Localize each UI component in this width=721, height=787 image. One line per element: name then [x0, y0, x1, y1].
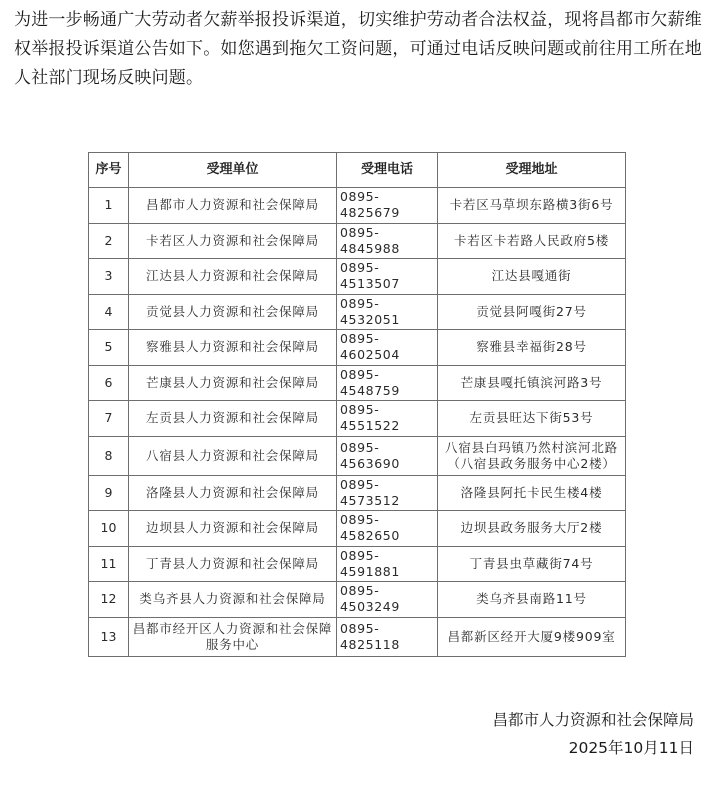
header-unit: 受理单位 [129, 153, 337, 188]
cell-unit: 边坝县人力资源和社会保障局 [129, 511, 337, 547]
cell-address: 卡若区马草坝东路横3街6号 [438, 188, 626, 224]
cell-address: 江达县嘎通街 [438, 259, 626, 295]
cell-unit: 贡觉县人力资源和社会保障局 [129, 294, 337, 330]
complaint-channel-table-container: 序号 受理单位 受理电话 受理地址 1 昌都市人力资源和社会保障局 0895-4… [88, 152, 625, 657]
cell-phone: 0895-4825118 [337, 617, 438, 656]
signature-date: 2025年10月11日 [492, 734, 694, 762]
table-row: 4 贡觉县人力资源和社会保障局 0895-4532051 贡觉县阿嘎街27号 [89, 294, 626, 330]
cell-phone: 0895-4532051 [337, 294, 438, 330]
cell-serial-no: 6 [89, 365, 129, 401]
table-row: 7 左贡县人力资源和社会保障局 0895-4551522 左贡县旺达下街53号 [89, 401, 626, 437]
cell-unit: 察雅县人力资源和社会保障局 [129, 330, 337, 366]
cell-unit: 芒康县人力资源和社会保障局 [129, 365, 337, 401]
cell-address: 贡觉县阿嘎街27号 [438, 294, 626, 330]
header-serial-no: 序号 [89, 153, 129, 188]
cell-serial-no: 9 [89, 475, 129, 511]
cell-unit: 丁青县人力资源和社会保障局 [129, 546, 337, 582]
table-row: 8 八宿县人力资源和社会保障局 0895-4563690 八宿县白玛镇乃然村滨河… [89, 436, 626, 475]
table-row: 9 洛隆县人力资源和社会保障局 0895-4573512 洛隆县阿托卡民生楼4楼 [89, 475, 626, 511]
cell-unit: 昌都市经开区人力资源和社会保障服务中心 [129, 617, 337, 656]
table-row: 3 江达县人力资源和社会保障局 0895-4513507 江达县嘎通街 [89, 259, 626, 295]
cell-address: 芒康县嘎托镇滨河路3号 [438, 365, 626, 401]
header-phone: 受理电话 [337, 153, 438, 188]
cell-address: 卡若区卡若路人民政府5楼 [438, 223, 626, 259]
cell-serial-no: 13 [89, 617, 129, 656]
cell-phone: 0895-4591881 [337, 546, 438, 582]
table-row: 11 丁青县人力资源和社会保障局 0895-4591881 丁青县虫草藏街74号 [89, 546, 626, 582]
cell-unit: 左贡县人力资源和社会保障局 [129, 401, 337, 437]
cell-serial-no: 5 [89, 330, 129, 366]
cell-phone: 0895-4825679 [337, 188, 438, 224]
cell-serial-no: 3 [89, 259, 129, 295]
cell-phone: 0895-4548759 [337, 365, 438, 401]
cell-unit: 江达县人力资源和社会保障局 [129, 259, 337, 295]
cell-unit: 卡若区人力资源和社会保障局 [129, 223, 337, 259]
table-row: 1 昌都市人力资源和社会保障局 0895-4825679 卡若区马草坝东路横3街… [89, 188, 626, 224]
cell-phone: 0895-4513507 [337, 259, 438, 295]
cell-phone: 0895-4563690 [337, 436, 438, 475]
cell-address: 八宿县白玛镇乃然村滨河北路（八宿县政务服务中心2楼） [438, 436, 626, 475]
cell-serial-no: 12 [89, 582, 129, 618]
cell-serial-no: 7 [89, 401, 129, 437]
cell-address: 左贡县旺达下街53号 [438, 401, 626, 437]
cell-address: 类乌齐县南路11号 [438, 582, 626, 618]
cell-address: 昌都新区经开大厦9楼909室 [438, 617, 626, 656]
complaint-channel-table: 序号 受理单位 受理电话 受理地址 1 昌都市人力资源和社会保障局 0895-4… [88, 152, 626, 657]
cell-serial-no: 2 [89, 223, 129, 259]
intro-paragraph: 为进一步畅通广大劳动者欠薪举报投诉渠道，切实维护劳动者合法权益，现将昌都市欠薪维… [14, 6, 710, 93]
cell-phone: 0895-4503249 [337, 582, 438, 618]
cell-unit: 八宿县人力资源和社会保障局 [129, 436, 337, 475]
cell-unit: 洛隆县人力资源和社会保障局 [129, 475, 337, 511]
cell-address: 洛隆县阿托卡民生楼4楼 [438, 475, 626, 511]
cell-phone: 0895-4573512 [337, 475, 438, 511]
signature-block: 昌都市人力资源和社会保障局 2025年10月11日 [492, 706, 694, 762]
cell-phone: 0895-4845988 [337, 223, 438, 259]
header-address: 受理地址 [438, 153, 626, 188]
cell-serial-no: 8 [89, 436, 129, 475]
cell-phone: 0895-4602504 [337, 330, 438, 366]
cell-serial-no: 11 [89, 546, 129, 582]
cell-address: 丁青县虫草藏街74号 [438, 546, 626, 582]
cell-serial-no: 10 [89, 511, 129, 547]
cell-serial-no: 1 [89, 188, 129, 224]
cell-address: 察雅县幸福街28号 [438, 330, 626, 366]
signature-org: 昌都市人力资源和社会保障局 [492, 706, 694, 734]
cell-phone: 0895-4551522 [337, 401, 438, 437]
cell-unit: 类乌齐县人力资源和社会保障局 [129, 582, 337, 618]
table-row: 13 昌都市经开区人力资源和社会保障服务中心 0895-4825118 昌都新区… [89, 617, 626, 656]
cell-serial-no: 4 [89, 294, 129, 330]
table-header-row: 序号 受理单位 受理电话 受理地址 [89, 153, 626, 188]
table-row: 5 察雅县人力资源和社会保障局 0895-4602504 察雅县幸福街28号 [89, 330, 626, 366]
cell-address: 边坝县政务服务大厅2楼 [438, 511, 626, 547]
table-row: 6 芒康县人力资源和社会保障局 0895-4548759 芒康县嘎托镇滨河路3号 [89, 365, 626, 401]
table-row: 2 卡若区人力资源和社会保障局 0895-4845988 卡若区卡若路人民政府5… [89, 223, 626, 259]
table-row: 12 类乌齐县人力资源和社会保障局 0895-4503249 类乌齐县南路11号 [89, 582, 626, 618]
cell-phone: 0895-4582650 [337, 511, 438, 547]
table-row: 10 边坝县人力资源和社会保障局 0895-4582650 边坝县政务服务大厅2… [89, 511, 626, 547]
cell-unit: 昌都市人力资源和社会保障局 [129, 188, 337, 224]
